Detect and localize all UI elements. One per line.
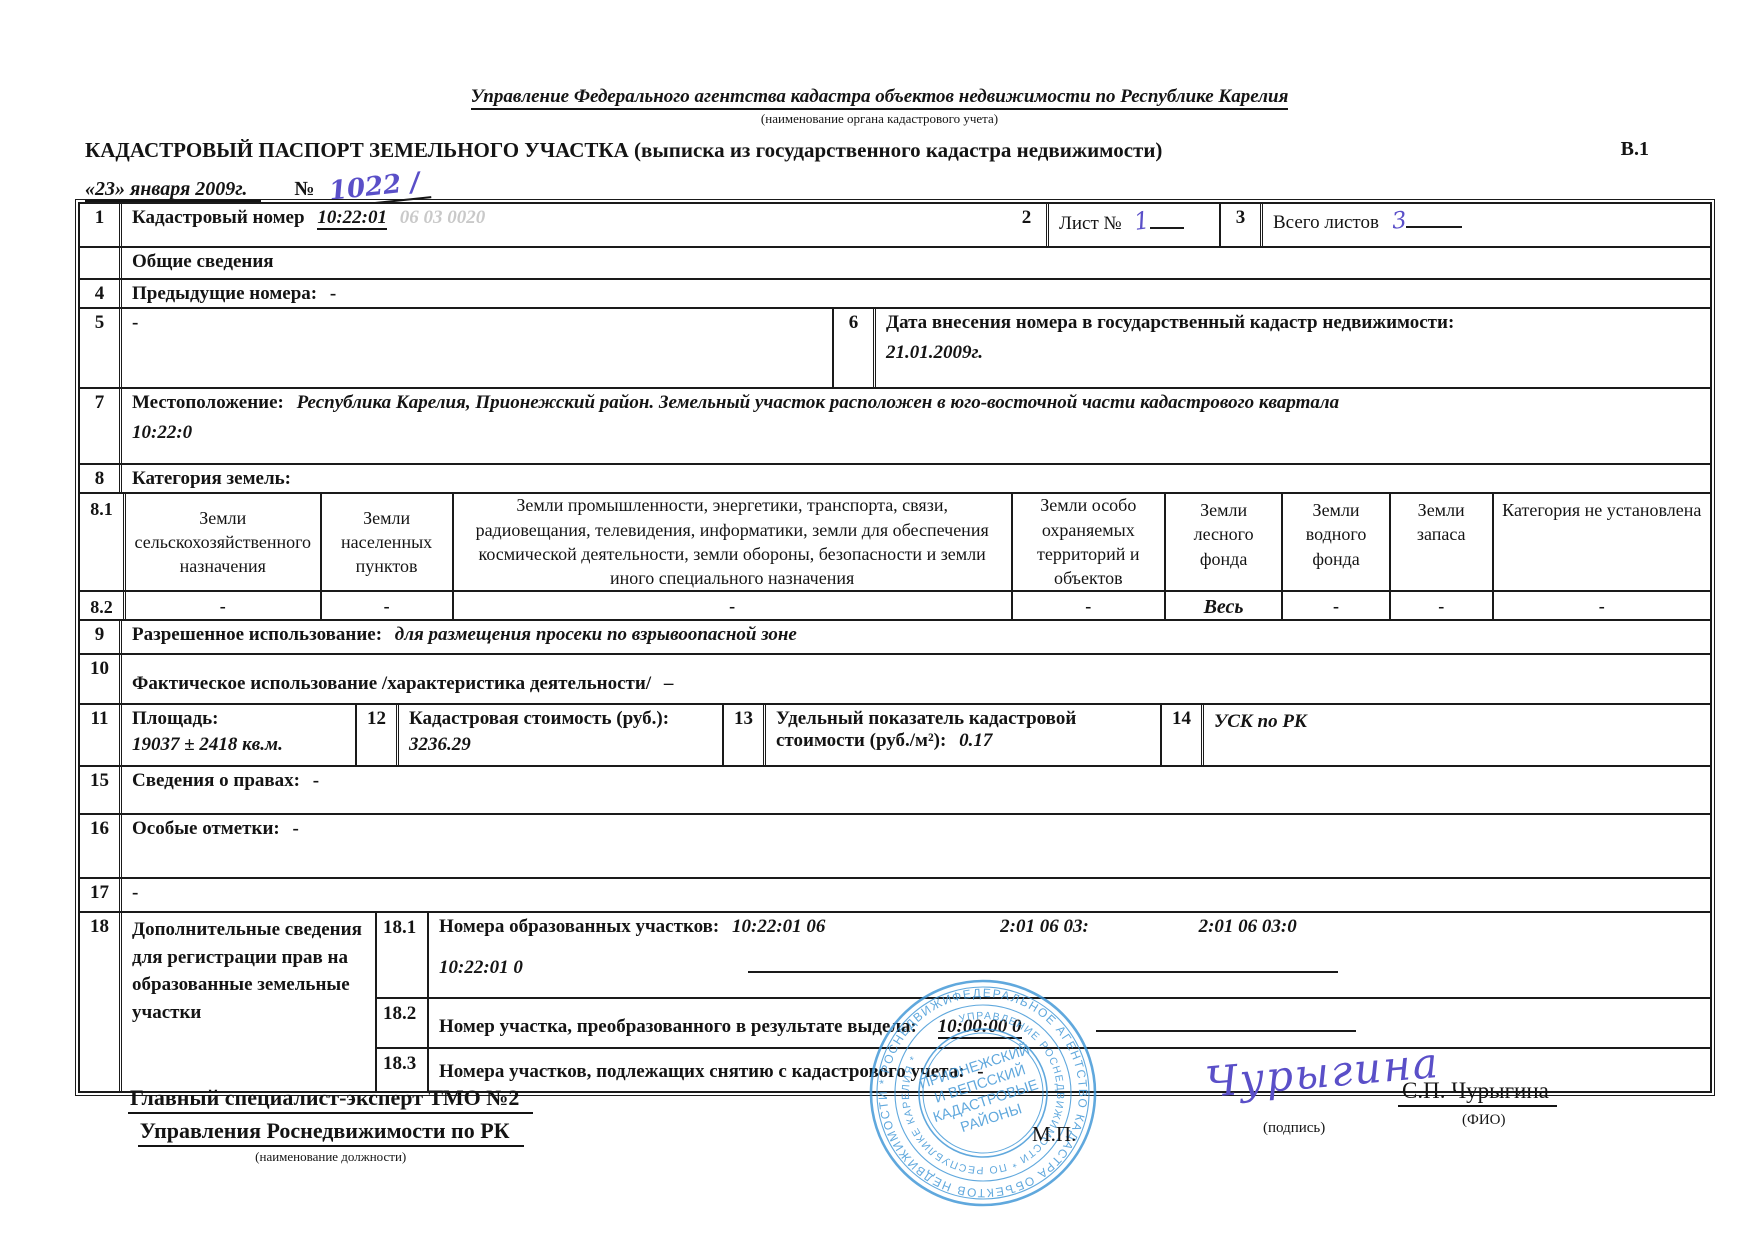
category-val-protected: -	[1013, 592, 1166, 619]
category-col-water: Земли водного фонда	[1283, 494, 1391, 590]
area-label: Площадь:	[132, 708, 345, 730]
row12-number: 12	[357, 705, 399, 765]
document-title: КАДАСТРОВЫЙ ПАСПОРТ ЗЕМЕЛЬНОГО УЧАСТКА (…	[85, 138, 1162, 163]
formed-parcels-value1: 10:22:01 06	[732, 916, 825, 937]
category-col-industry: Земли промышленности, энергетики, трансп…	[454, 494, 1013, 590]
sheet-underline	[1150, 208, 1184, 229]
cadastral-number-erased: 06 03 0020	[400, 207, 486, 228]
agency-caption: (наименование органа кадастрового учета)	[0, 111, 1759, 127]
category-val-industry: -	[454, 592, 1013, 619]
row16-number: 16	[80, 815, 122, 877]
row-land-category: 8 Категория земель:	[80, 465, 1710, 494]
category-col-agricultural: Земли сельскохозяйственного назначения	[126, 494, 322, 590]
position-caption: (наименование должности)	[128, 1149, 533, 1165]
category-col-reserve: Земли запаса	[1391, 494, 1494, 590]
row2-number: 2	[1007, 204, 1049, 246]
registry-date-label: Дата внесения номера в государственный к…	[886, 312, 1700, 334]
location-label: Местоположение:	[132, 392, 284, 413]
header-agency-block: Управление Федерального агентства кадаст…	[0, 86, 1759, 127]
area-value: 19037 ± 2418 кв.м.	[132, 734, 345, 756]
category-col-forest: Земли лесного фонда	[1166, 494, 1283, 590]
previous-numbers-label: Предыдущие номера:	[132, 283, 317, 304]
specific-indicator-cell: Удельный показатель кадастровой стоимост…	[766, 705, 1162, 765]
category-val-settlements: -	[322, 592, 454, 619]
general-info-title: Общие сведения	[122, 248, 1710, 278]
permitted-use-label: Разрешенное использование:	[132, 624, 382, 645]
row8-1-number: 8.1	[80, 494, 126, 590]
row18-number: 18	[80, 913, 122, 1091]
cadastral-table: 1 Кадастровый номер 10:22:01 06 03 0020 …	[78, 202, 1712, 1093]
row11-number: 11	[80, 705, 122, 765]
row15-number: 15	[80, 767, 122, 813]
sheet-number-cell: Лист № 1	[1049, 204, 1221, 246]
usk-cell: УСК по РК	[1204, 705, 1710, 765]
row10-number: 10	[80, 655, 122, 703]
location-quarter-number: 10:22:0	[132, 422, 1700, 444]
area-cell: Площадь: 19037 ± 2418 кв.м.	[122, 705, 357, 765]
previous-numbers-cell: Предыдущие номера: -	[122, 280, 1710, 307]
transformed-parcel-underline	[1096, 1011, 1356, 1032]
special-notes-label: Особые отметки:	[132, 818, 280, 839]
cadastral-cost-cell: Кадастровая стоимость (руб.): 3236.29	[399, 705, 724, 765]
category-col-protected: Земли особо охраняемых территорий и объе…	[1013, 494, 1166, 590]
cadastral-number-label: Кадастровый номер	[132, 207, 305, 228]
formed-parcels-value2: 2:01 06 03:	[1000, 916, 1089, 937]
position-line1: Главный специалист-эксперт ТМО №2	[128, 1085, 533, 1114]
row6-number: 6	[834, 309, 876, 387]
formed-parcels-line2-value: 10:22:01 0	[439, 957, 523, 978]
row17-number: 17	[80, 879, 122, 911]
registry-date-cell: Дата внесения номера в государственный к…	[876, 309, 1710, 387]
location-value: Республика Карелия, Прионежский район. З…	[297, 392, 1340, 413]
fio-value: С.П. Чурыгина	[1398, 1078, 1557, 1107]
category-val-water: -	[1283, 592, 1391, 619]
cadastral-cost-value: 3236.29	[409, 734, 712, 756]
category-col-not-set: Категория не установлена	[1494, 494, 1710, 590]
permitted-use-value: для размещения просеки по взрывоопасной …	[395, 624, 797, 645]
rights-info-value: -	[313, 770, 319, 791]
row7-number: 7	[80, 389, 122, 463]
formed-parcels-value3: 2:01 06 03:0	[1199, 916, 1297, 937]
row18-2-number: 18.2	[377, 999, 429, 1047]
row-rights-info: 15 Сведения о правах: -	[80, 767, 1710, 815]
formed-parcels-label: Номера образованных участков:	[439, 916, 719, 937]
row1-number: 1	[80, 204, 122, 246]
row9-number: 9	[80, 621, 122, 653]
scanned-cadastral-passport-page: Управление Федерального агентства кадаст…	[0, 0, 1759, 1247]
form-code: В.1	[1621, 138, 1649, 161]
row-category-values: 8.2 - - - - Весь - - -	[80, 592, 1710, 621]
row-location: 7 Местоположение: Республика Карелия, Пр…	[80, 389, 1710, 465]
specific-indicator-value: 0.17	[959, 730, 992, 751]
agency-name: Управление Федерального агентства кадаст…	[471, 86, 1289, 110]
date-value: «23» января 2009г.	[85, 178, 261, 202]
mp-seal-label: М.П.	[1032, 1122, 1076, 1147]
row-cadastral-number: 1 Кадастровый номер 10:22:01 06 03 0020 …	[80, 204, 1710, 248]
land-category-label: Категория земель:	[122, 465, 1710, 492]
number-sign: №	[294, 178, 314, 200]
additional-info-label: Дополнительные сведения для регистрации …	[122, 913, 377, 1091]
row5-value-cell: -	[122, 309, 834, 387]
row-general-info: Общие сведения	[80, 248, 1710, 280]
row5-number: 5	[80, 309, 122, 387]
rights-info-cell: Сведения о правах: -	[122, 767, 1710, 813]
specific-indicator-label: Удельный показатель кадастровой стоимост…	[776, 708, 1076, 751]
row-permitted-use: 9 Разрешенное использование: для размеще…	[80, 621, 1710, 655]
row-area-cost: 11 Площадь: 19037 ± 2418 кв.м. 12 Кадаст…	[80, 705, 1710, 767]
row8-number: 8	[80, 465, 122, 492]
category-val-agricultural: -	[126, 592, 322, 619]
category-val-reserve: -	[1391, 592, 1494, 619]
row-category-headers: 8.1 Земли сельскохозяйственного назначен…	[80, 494, 1710, 592]
actual-use-cell: Фактическое использование /характеристик…	[122, 655, 1710, 703]
general-number-empty	[80, 248, 122, 278]
fio-caption: (ФИО)	[1462, 1112, 1506, 1129]
signature-caption: (подпись)	[1263, 1120, 1325, 1137]
row8-2-number: 8.2	[80, 592, 126, 619]
row-actual-use: 10 Фактическое использование /характерис…	[80, 655, 1710, 705]
registry-date-value: 21.01.2009г.	[886, 342, 1700, 364]
location-cell: Местоположение: Республика Карелия, Прио…	[122, 389, 1710, 463]
special-notes-value: -	[293, 818, 299, 839]
category-val-forest: Весь	[1166, 592, 1283, 619]
row18-1-number: 18.1	[377, 913, 429, 997]
row3-number: 3	[1221, 204, 1263, 246]
special-notes-cell: Особые отметки: -	[122, 815, 1710, 877]
row-17: 17 -	[80, 879, 1710, 913]
total-sheets-value-handwritten: 3	[1390, 207, 1407, 234]
previous-numbers-value: -	[330, 283, 336, 304]
cadastral-number-cell: Кадастровый номер 10:22:01 06 03 0020	[122, 204, 1007, 246]
row-5-6: 5 - 6 Дата внесения номера в государстве…	[80, 309, 1710, 389]
position-line2: Управления Роснедвижимости по РК	[138, 1118, 524, 1147]
cadastral-cost-label: Кадастровая стоимость (руб.):	[409, 708, 712, 730]
total-sheets-cell: Всего листов 3	[1263, 204, 1710, 246]
permitted-use-cell: Разрешенное использование: для размещени…	[122, 621, 1710, 653]
row-previous-numbers: 4 Предыдущие номера: -	[80, 280, 1710, 309]
category-col-settlements: Земли населенных пунктов	[322, 494, 454, 590]
total-sheets-label: Всего листов	[1273, 212, 1379, 233]
cadastral-number-value: 10:22:01	[317, 207, 387, 230]
row17-value: -	[122, 879, 1710, 911]
row14-number: 14	[1162, 705, 1204, 765]
row4-number: 4	[80, 280, 122, 307]
official-position-block: Главный специалист-эксперт ТМО №2 Управл…	[128, 1085, 533, 1165]
actual-use-value: –	[664, 673, 674, 694]
sheet-label: Лист №	[1059, 213, 1122, 234]
row13-number: 13	[724, 705, 766, 765]
rights-info-label: Сведения о правах:	[132, 770, 300, 791]
total-sheets-underline	[1406, 207, 1462, 228]
category-val-not-set: -	[1494, 592, 1710, 619]
date-line: «23» января 2009г. № 1022 /	[85, 172, 430, 204]
actual-use-label: Фактическое использование /характеристик…	[132, 673, 651, 694]
row-special-notes: 16 Особые отметки: -	[80, 815, 1710, 879]
